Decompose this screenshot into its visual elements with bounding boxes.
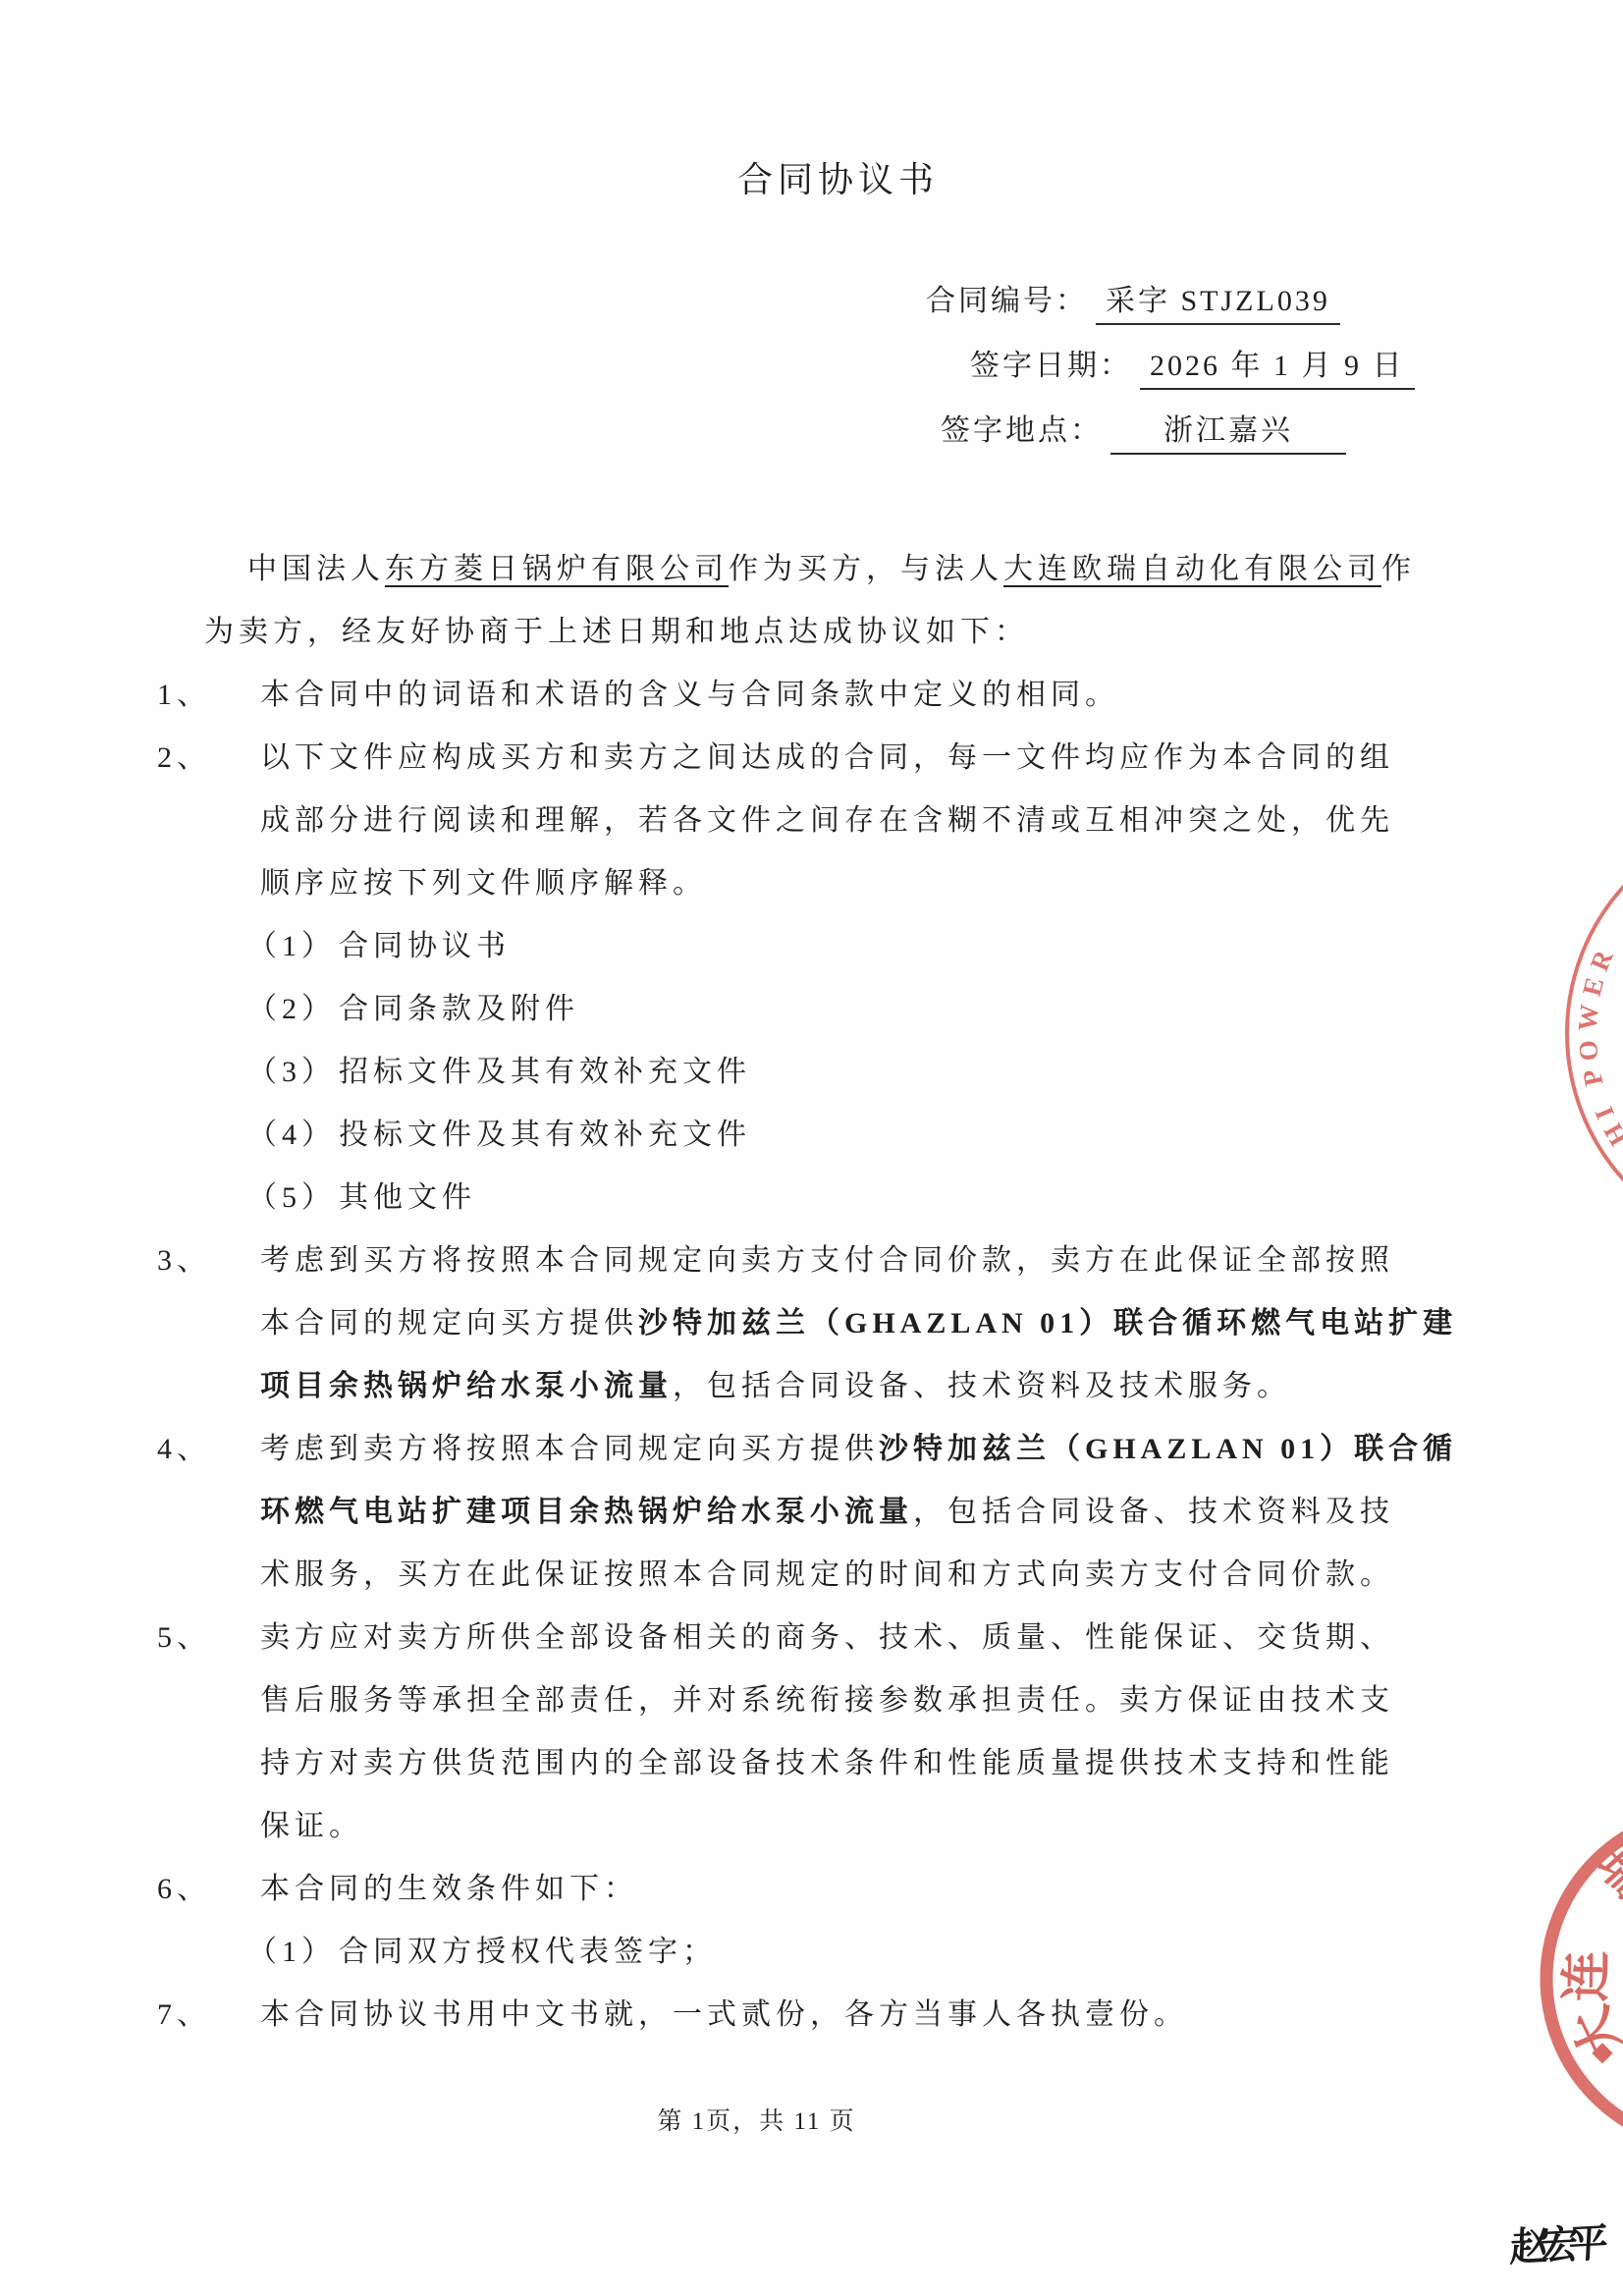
- text-run: 本合同协议书用中文书就，一式贰份，各方当事人各执壹份。: [260, 1998, 1188, 2031]
- signing-date-value: 2026 年 1 月 9 日: [1140, 341, 1415, 390]
- clause: 2、以下文件应构成买方和卖方之间达成的合同，每一文件均应作为本合同的组 成部分进…: [149, 727, 1475, 915]
- signing-date-label: 签字日期：: [970, 350, 1132, 382]
- text-run: 其他文件: [339, 1181, 476, 1214]
- seal-upper-text: ·HI POWER: [1572, 939, 1623, 1167]
- clause: （1）合同双方授权代表签字；: [149, 1921, 1475, 1984]
- clause: 3、考虑到买方将按照本合同规定向卖方支付合同价款，卖方在此保证全部按照 本合同的…: [149, 1230, 1475, 1418]
- clause-number: （5）: [247, 1167, 336, 1230]
- contract-number-value: 采字 STJZL039: [1096, 276, 1340, 325]
- clause-number: 4、: [157, 1418, 211, 1481]
- clause-number: 1、: [157, 664, 211, 727]
- page-footer: 第 1页，共 11 页: [0, 2102, 1568, 2137]
- clause: （5）其他文件: [149, 1167, 1475, 1230]
- handwritten-signature: 赵宏平: [1509, 2213, 1600, 2273]
- text-run: ，包括合同设备、技术资料及技术服务。: [673, 1370, 1291, 1402]
- text-run: 中国法人: [247, 553, 385, 585]
- clause-number: （1）: [247, 1921, 336, 1984]
- text-run: 大连欧瑞自动化有限公司: [1003, 553, 1381, 585]
- clause-text: 其他文件: [339, 1181, 476, 1214]
- signing-place-row: 签字地点：浙江嘉兴: [941, 406, 1346, 455]
- clause: 4、考虑到卖方将按照本合同规定向买方提供沙特加兹兰（GHAZLAN 01）联合循…: [149, 1418, 1475, 1607]
- text-run: 东方菱日锅炉有限公司: [385, 553, 729, 585]
- clause-text: 招标文件及其有效补充文件: [339, 1056, 751, 1088]
- clause: （2）合同条款及附件: [149, 978, 1475, 1041]
- clause: （3）招标文件及其有效补充文件: [149, 1041, 1475, 1104]
- clause-text: 合同双方授权代表签字；: [339, 1936, 717, 1968]
- clause: 6、本合同的生效条件如下：: [149, 1858, 1475, 1921]
- clause: （1）合同协议书: [149, 915, 1475, 978]
- signing-place-label: 签字地点：: [941, 414, 1103, 447]
- clause-text: 本合同的生效条件如下：: [260, 1873, 638, 1905]
- clause-number: （4）: [247, 1104, 336, 1167]
- intro-paragraph: 中国法人东方菱日锅炉有限公司作为买方，与法人大连欧瑞自动化有限公司作 为卖方，经…: [204, 538, 1475, 664]
- clause: 7、本合同协议书用中文书就，一式贰份，各方当事人各执壹份。: [149, 1984, 1475, 2047]
- text-run: 以下文件应构成买方和卖方之间达成的合同，每一文件均应作为本合同的组 成部分进行阅…: [260, 741, 1394, 900]
- clause-number: 3、: [157, 1230, 211, 1292]
- svg-text:·HI POWER: ·HI POWER: [1572, 939, 1623, 1167]
- text-run: 本合同中的词语和术语的含义与合同条款中定义的相同。: [260, 679, 1119, 711]
- text-run: 考虑到卖方将按照本合同规定向买方提供: [260, 1433, 879, 1465]
- clause-number: 6、: [157, 1858, 211, 1921]
- clause-text: 合同协议书: [339, 930, 511, 962]
- clause-number: （3）: [247, 1041, 336, 1104]
- text-run: 招标文件及其有效补充文件: [339, 1056, 751, 1088]
- clause: 5、卖方应对卖方所供全部设备相关的商务、技术、质量、性能保证、交货期、 售后服务…: [149, 1607, 1475, 1858]
- text-run: 作为买方，与法人: [729, 553, 1003, 585]
- text-run: 合同双方授权代表签字；: [339, 1936, 717, 1968]
- clause-text: 考虑到卖方将按照本合同规定向买方提供沙特加兹兰（GHAZLAN 01）联合循 环…: [260, 1433, 1457, 1591]
- clause-text: 合同条款及附件: [339, 993, 579, 1025]
- clause-number: 7、: [157, 1984, 211, 2047]
- clause-number: （1）: [247, 915, 336, 978]
- text-run: 投标文件及其有效补充文件: [339, 1119, 751, 1151]
- text-run: 卖方应对卖方所供全部设备相关的商务、技术、质量、性能保证、交货期、 售后服务等承…: [260, 1621, 1394, 1842]
- signing-place-value: 浙江嘉兴: [1110, 406, 1346, 455]
- text-run: 合同协议书: [339, 930, 511, 962]
- clause-text: 卖方应对卖方所供全部设备相关的商务、技术、质量、性能保证、交货期、 售后服务等承…: [260, 1621, 1394, 1842]
- contract-page: 合同协议书 合同编号：采字 STJZL039 签字日期：2026 年 1 月 9…: [0, 0, 1623, 2296]
- clause-text: 考虑到买方将按照本合同规定向卖方支付合同价款，卖方在此保证全部按照 本合同的规定…: [260, 1244, 1457, 1402]
- seal-lower-text: 大连: [1558, 1950, 1623, 2068]
- clause-text: 以下文件应构成买方和卖方之间达成的合同，每一文件均应作为本合同的组 成部分进行阅…: [260, 741, 1394, 900]
- clause-text: 本合同中的词语和术语的含义与合同条款中定义的相同。: [260, 679, 1119, 711]
- contract-body: 中国法人东方菱日锅炉有限公司作为买方，与法人大连欧瑞自动化有限公司作 为卖方，经…: [149, 538, 1475, 2047]
- clause-text: 本合同协议书用中文书就，一式贰份，各方当事人各执壹份。: [260, 1998, 1188, 2031]
- text-run: 本合同的生效条件如下：: [260, 1873, 638, 1905]
- seal-lower-fragment: 瑞: [1588, 1838, 1623, 1908]
- company-seal-upper-icon: ·HI POWER: [1540, 856, 1623, 1200]
- clause-number: 2、: [157, 727, 211, 790]
- clause: （4）投标文件及其有效补充文件: [149, 1104, 1475, 1167]
- contract-number-label: 合同编号：: [926, 285, 1088, 317]
- document-title: 合同协议书: [27, 152, 1623, 202]
- signing-date-row: 签字日期：2026 年 1 月 9 日: [970, 341, 1415, 390]
- text-run: 合同条款及附件: [339, 993, 579, 1025]
- contract-number-row: 合同编号：采字 STJZL039: [926, 276, 1340, 325]
- clause-number: 5、: [157, 1607, 211, 1669]
- clause-text: 投标文件及其有效补充文件: [339, 1119, 751, 1151]
- svg-text:大连: 大连: [1558, 1950, 1623, 2068]
- clauses: 1、本合同中的词语和术语的含义与合同条款中定义的相同。2、以下文件应构成买方和卖…: [149, 664, 1475, 2047]
- clause: 1、本合同中的词语和术语的含义与合同条款中定义的相同。: [149, 664, 1475, 727]
- clause-number: （2）: [247, 978, 336, 1041]
